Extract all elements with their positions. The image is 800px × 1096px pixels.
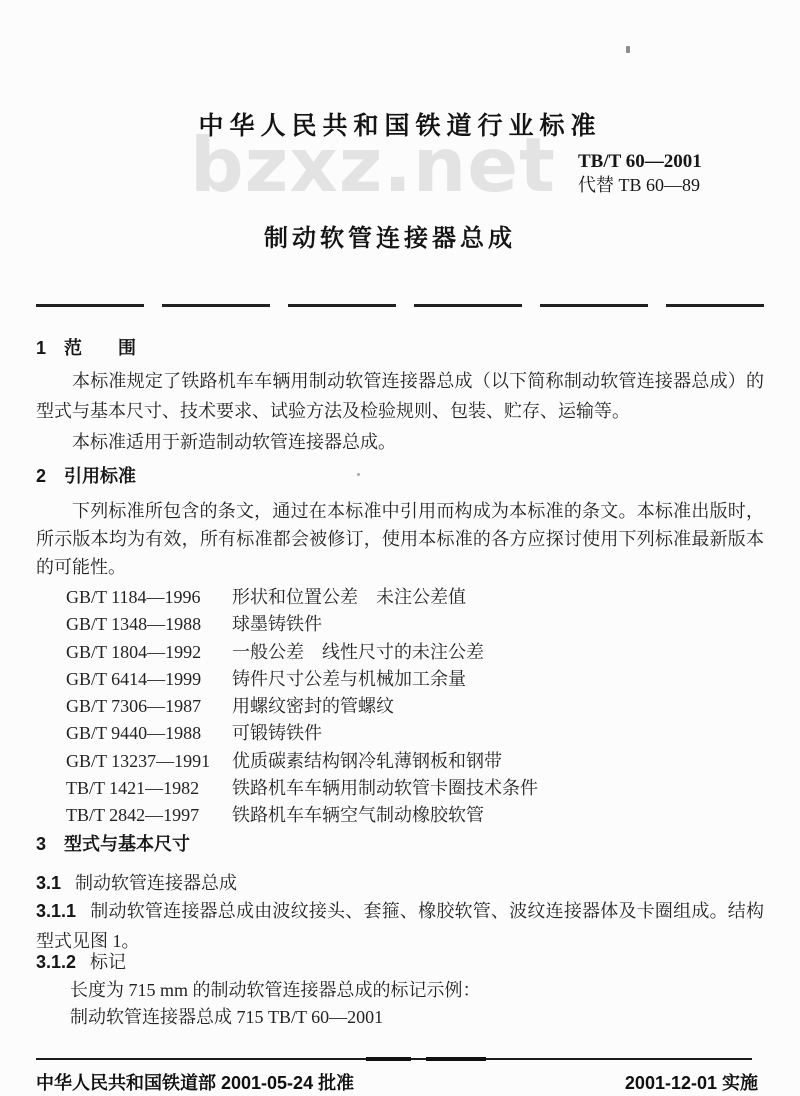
section-3-heading: 3 型式与基本尺寸 bbox=[36, 832, 190, 856]
section-1-heading: 1 范 围 bbox=[36, 336, 136, 360]
clause-3-1-1-text: 制动软管连接器总成由波纹接头、套箍、橡胶软管、波纹连接器体及卡圈组成。结构型式见… bbox=[36, 901, 764, 951]
reference-standard-code: GB/T 1348—1988 bbox=[66, 611, 218, 638]
reference-standard-title: 可锻铸铁件 bbox=[232, 720, 322, 747]
reference-standard-title: 用螺纹密封的管螺纹 bbox=[232, 693, 394, 720]
reference-standard-code: GB/T 1804—1992 bbox=[66, 639, 218, 666]
references-intro-paragraph: 下列标准所包含的条文，通过在本标准中引用而构成为本标准的条文。本标准出版时，所示… bbox=[36, 497, 764, 581]
standard-code: TB/T 60—2001 bbox=[578, 150, 728, 174]
implementation-date: 2001-12-01 实施 bbox=[625, 1072, 758, 1094]
standard-code-block: TB/T 60—2001 代替 TB 60—89 bbox=[578, 150, 728, 197]
marking-example: 制动软管连接器总成 715 TB/T 60—2001 bbox=[70, 1003, 764, 1031]
reference-item-row: GB/T 9440—1988 可锻铸铁件 bbox=[66, 720, 766, 747]
scope-paragraph-2: 本标准适用于新造制动软管连接器总成。 bbox=[36, 427, 764, 457]
reference-standard-code: GB/T 13237—1991 bbox=[66, 748, 218, 775]
reference-item-row: TB/T 2842—1997 铁路机车车辆空气制动橡胶软管 bbox=[66, 802, 766, 829]
reference-item-row: GB/T 1348—1988 球墨铸铁件 bbox=[66, 611, 766, 638]
reference-standard-title: 铸件尺寸公差与机械加工余量 bbox=[232, 666, 466, 693]
reference-standard-title: 优质碳素结构钢冷轧薄钢板和钢带 bbox=[232, 748, 502, 775]
reference-standard-code: GB/T 1184—1996 bbox=[66, 584, 218, 611]
scanned-standard-page: { "colors": { "paper": "#fcfcfc", "ink":… bbox=[0, 0, 800, 1096]
marking-example-intro: 长度为 715 mm 的制动软管连接器总成的标记示例： bbox=[70, 976, 764, 1004]
scan-speck bbox=[357, 473, 360, 476]
reference-standard-title: 形状和位置公差 未注公差值 bbox=[232, 584, 466, 611]
header-divider-line bbox=[36, 304, 764, 307]
reference-standard-code: GB/T 7306—1987 bbox=[66, 693, 218, 720]
reference-standard-title: 铁路机车车辆用制动软管卡圈技术条件 bbox=[232, 775, 538, 802]
reference-standard-code: GB/T 9440—1988 bbox=[66, 720, 218, 747]
reference-item-row: GB/T 6414—1999 铸件尺寸公差与机械加工余量 bbox=[66, 666, 766, 693]
reference-standard-title: 一般公差 线性尺寸的未注公差 bbox=[232, 639, 484, 666]
approval-note: 中华人民共和国铁道部 2001-05-24 批准 bbox=[36, 1072, 354, 1094]
reference-item-row: GB/T 7306—1987 用螺纹密封的管螺纹 bbox=[66, 693, 766, 720]
clause-3-1-2: 3.1.2标记 bbox=[36, 947, 764, 977]
references-list: GB/T 1184—1996 形状和位置公差 未注公差值 GB/T 1348—1… bbox=[66, 584, 766, 830]
section-2-heading: 2 引用标准 bbox=[36, 464, 136, 488]
clause-3-1-number: 3.1 bbox=[36, 873, 61, 893]
reference-standard-code: GB/T 6414—1999 bbox=[66, 666, 218, 693]
clause-3-1: 3.1制动软管连接器总成 bbox=[36, 868, 764, 898]
reference-item-row: GB/T 1804—1992 一般公差 线性尺寸的未注公差 bbox=[66, 639, 766, 666]
watermark-text: bzxz.net bbox=[190, 128, 556, 203]
footer-divider-line bbox=[36, 1058, 752, 1060]
reference-standard-title: 球墨铸铁件 bbox=[232, 611, 322, 638]
reference-standard-title: 铁路机车车辆空气制动橡胶软管 bbox=[232, 802, 484, 829]
clause-3-1-1-number: 3.1.1 bbox=[36, 901, 76, 921]
clause-3-1-text: 制动软管连接器总成 bbox=[75, 873, 237, 893]
reference-item-row: GB/T 1184—1996 形状和位置公差 未注公差值 bbox=[66, 584, 766, 611]
reference-standard-code: TB/T 2842—1997 bbox=[66, 802, 218, 829]
clause-3-1-2-text: 标记 bbox=[90, 952, 126, 972]
scope-paragraph-1: 本标准规定了铁路机车车辆用制动软管连接器总成（以下简称制动软管连接器总成）的型式… bbox=[36, 366, 764, 426]
clause-3-1-2-number: 3.1.2 bbox=[36, 952, 76, 972]
replaces-note: 代替 TB 60—89 bbox=[578, 174, 728, 197]
document-title: 制动软管连接器总成 bbox=[0, 218, 780, 253]
reference-item-row: TB/T 1421—1982 铁路机车车辆用制动软管卡圈技术条件 bbox=[66, 775, 766, 802]
reference-item-row: GB/T 13237—1991 优质碳素结构钢冷轧薄钢板和钢带 bbox=[66, 748, 766, 775]
reference-standard-code: TB/T 1421—1982 bbox=[66, 775, 218, 802]
scan-speck bbox=[626, 46, 630, 53]
